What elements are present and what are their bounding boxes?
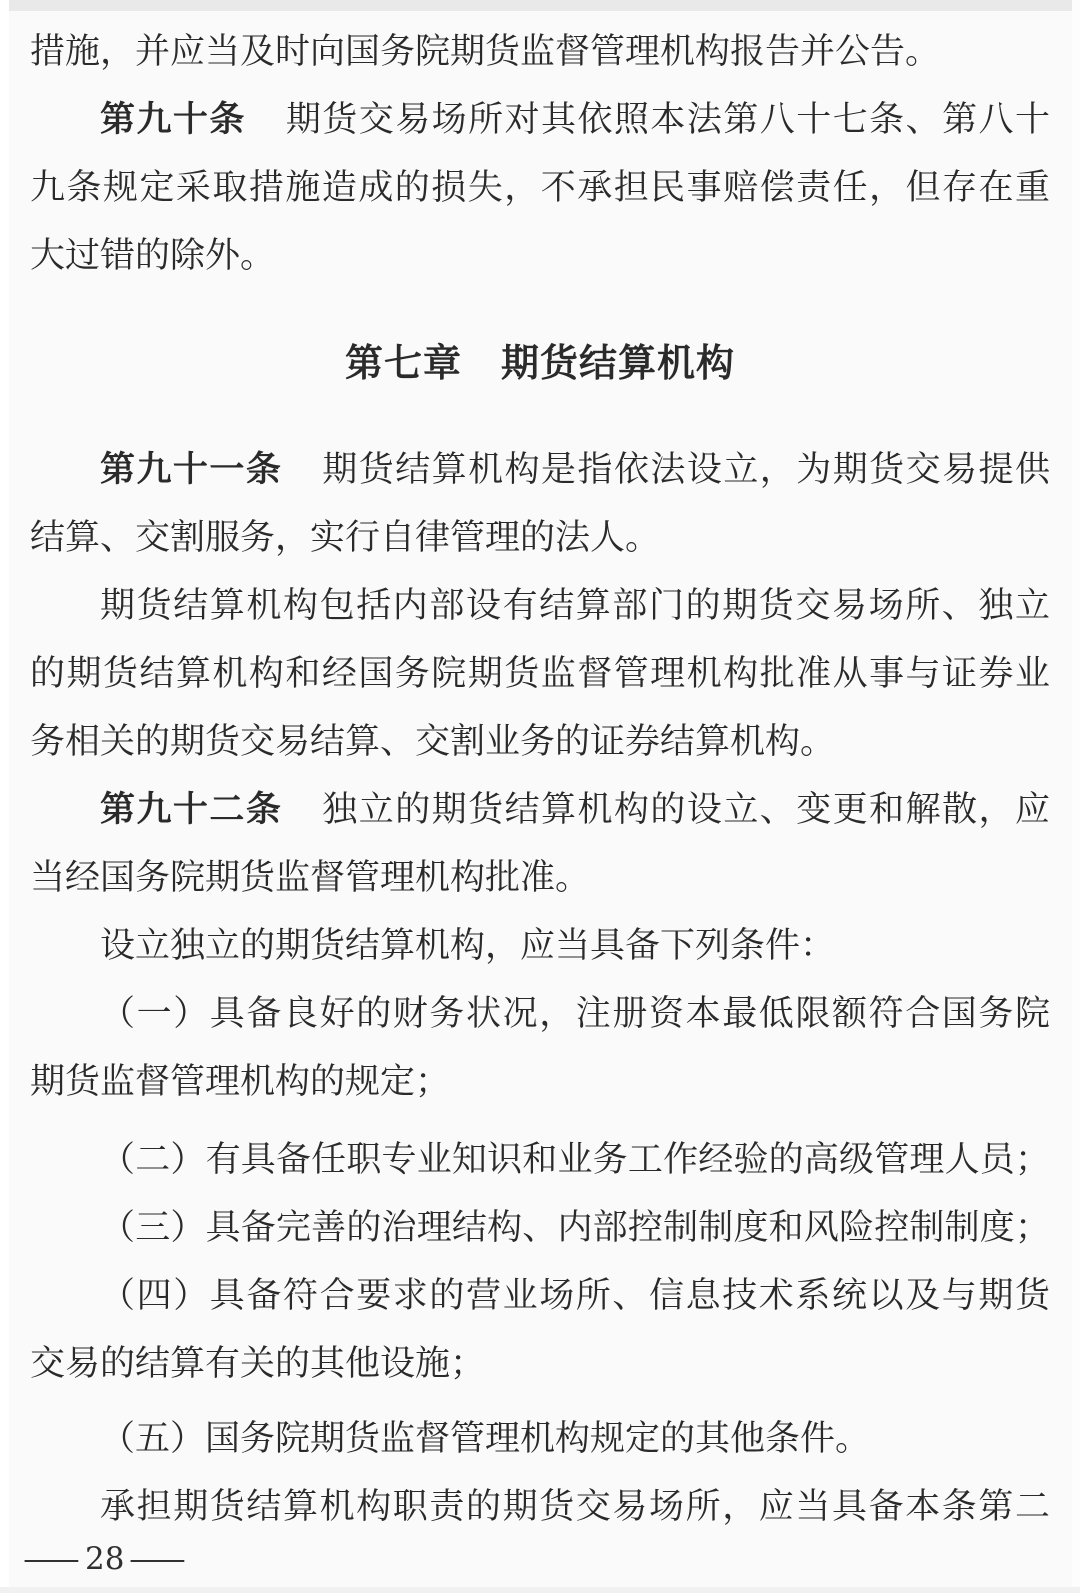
- article-90-opening-line: 第九十条期货交易场所对其依照本法第八十七条、第八十: [30, 86, 1050, 154]
- clause-item-2-line: （二）有具备任职专业知识和业务工作经验的高级管理人员；: [30, 1126, 1050, 1194]
- paragraph-line: 的期货结算机构和经国务院期货监督管理机构批准从事与证券业: [30, 640, 1050, 708]
- paragraph-last-line: 务相关的期货交易结算、交割业务的证券结算机构。: [30, 708, 1050, 776]
- clause-item-4-last-line: 交易的结算有关的其他设施；: [30, 1330, 1050, 1398]
- page-number: 28: [85, 1541, 124, 1577]
- clause-item-1-last-line: 期货监督管理机构的规定；: [30, 1048, 1050, 1116]
- paragraph-line: 期货结算机构包括内部设有结算部门的期货交易场所、独立: [30, 572, 1050, 640]
- conditions-intro-line: 设立独立的期货结算机构，应当具备下列条件：: [30, 912, 1050, 980]
- chapter-7-heading: 第七章 期货结算机构: [30, 329, 1050, 397]
- scan-edge-right: [1072, 0, 1080, 1593]
- clause-item-3-line: （三）具备完善的治理结构、内部控制制度和风险控制制度；: [30, 1194, 1050, 1262]
- footer-dash-left: —: [22, 1541, 81, 1577]
- article-91-last-line: 结算、交割服务，实行自律管理的法人。: [30, 504, 1050, 572]
- article-92-last-line: 当经国务院期货监督管理机构批准。: [30, 844, 1050, 912]
- scan-edge-top: [0, 0, 1080, 11]
- scan-edge-left: [0, 0, 9, 1593]
- continuation-line: 措施，并应当及时向国务院期货监督管理机构报告并公告。: [30, 18, 1050, 86]
- article-92-text: 独立的期货结算机构的设立、变更和解散，应: [322, 790, 1050, 830]
- clause-item-1-line: （一）具备良好的财务状况，注册资本最低限额符合国务院: [30, 980, 1050, 1048]
- article-90-text: 期货交易场所对其依照本法第八十七条、第八十: [286, 100, 1050, 140]
- footer-dash-right: —: [129, 1541, 188, 1577]
- article-91-text: 期货结算机构是指依法设立，为期货交易提供: [322, 450, 1050, 490]
- document-body: 措施，并应当及时向国务院期货监督管理机构报告并公告。 第九十条期货交易场所对其依…: [30, 18, 1050, 1541]
- scanned-document-page: { "page": { "background": "#fafafa", "to…: [0, 0, 1080, 1593]
- clause-item-5-line: （五）国务院期货监督管理机构规定的其他条件。: [30, 1405, 1050, 1473]
- clause-item-4-line: （四）具备符合要求的营业场所、信息技术系统以及与期货: [30, 1262, 1050, 1330]
- closing-paragraph-line: 承担期货结算机构职责的期货交易场所，应当具备本条第二: [30, 1473, 1050, 1541]
- article-91-number: 第九十一条: [100, 449, 282, 490]
- article-90-number: 第九十条: [100, 99, 246, 140]
- article-92-number: 第九十二条: [100, 789, 282, 830]
- article-90-line: 九条规定采取措施造成的损失，不承担民事赔偿责任，但存在重: [30, 154, 1050, 222]
- page-footer: — 28 —: [36, 1541, 173, 1577]
- article-92-opening-line: 第九十二条独立的期货结算机构的设立、变更和解散，应: [30, 776, 1050, 844]
- article-90-last-line: 大过错的除外。: [30, 222, 1050, 290]
- article-91-opening-line: 第九十一条期货结算机构是指依法设立，为期货交易提供: [30, 436, 1050, 504]
- scan-edge-bottom: [0, 1587, 1080, 1593]
